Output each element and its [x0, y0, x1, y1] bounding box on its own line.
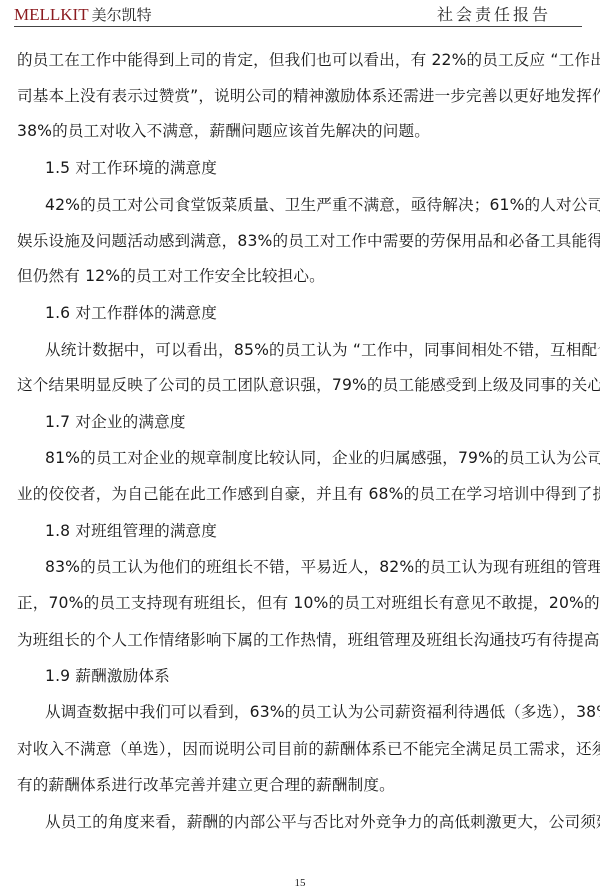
body-line: 司基本上没有表示过赞赏”，说明公司的精神激励体系还需进一步完善以更好地发挥作用，: [17, 86, 581, 106]
body-line: 娱乐设施及问题活动感到满意，83%的员工对工作中需要的劳保用品和必备工具能得到保…: [17, 231, 581, 251]
body-line: 为班组长的个人工作情绪影响下属的工作热情，班组管理及班组长沟通技巧有待提高。: [17, 630, 581, 650]
body-line: 从员工的角度来看，薪酬的内部公平与否比对外竞争力的高低刺激更大，公司须建立积: [45, 812, 581, 832]
brand-name-chinese: 美尔凯特: [92, 8, 152, 24]
section-heading-1-7: 1.7 对企业的满意度: [45, 412, 600, 432]
body-line: 81%的员工对企业的规章制度比较认同，企业的归属感强，79%的员工认为公司是同行: [45, 448, 581, 468]
page-number: 15: [0, 876, 600, 890]
brand-name-english: MELLKIT: [14, 5, 89, 24]
section-heading-1-6: 1.6 对工作群体的满意度: [45, 303, 600, 323]
body-line: 从统计数据中，可以看出，85%的员工认为 “工作中，同事间相处不错，互相配合”，: [45, 340, 581, 360]
section-heading-1-8: 1.8 对班组管理的满意度: [45, 521, 600, 541]
page-header: MELLKIT美尔凯特 社会责任报告: [0, 0, 600, 30]
report-title: 社会责任报告: [437, 5, 551, 25]
section-heading-1-9: 1.9 薪酬激励体系: [45, 666, 600, 686]
body-line: 对收入不满意（单选），因而说明公司目前的薪酬体系已不能完全满足员工需求，还须对现: [17, 739, 581, 759]
brand-logo: MELLKIT美尔凯特: [14, 5, 152, 26]
body-line: 正，70%的员工支持现有班组长，但有 10%的员工对班组长有意见不敢提，20%的…: [17, 593, 581, 613]
body-line: 但仍然有 12%的员工对工作安全比较担心。: [17, 266, 581, 286]
body-line: 的员工在工作中能得到上司的肯定，但我们也可以看出，有 22%的员工反应 “工作出…: [17, 50, 581, 70]
body-line: 42%的员工对公司食堂饭菜质量、卫生严重不满意，亟待解决；61%的人对公司的各种: [45, 195, 581, 215]
body-line: 业的佼佼者，为自己能在此工作感到自豪，并且有 68%的员工在学习培训中得到了提高…: [17, 484, 581, 504]
body-line: 83%的员工认为他们的班组长不错，平易近人，82%的员工认为现有班组的管理比较公: [45, 557, 581, 577]
header-divider: [14, 26, 582, 27]
body-line: 38%的员工对收入不满意，薪酬问题应该首先解决的问题。: [17, 121, 581, 141]
body-line: 有的薪酬体系进行改革完善并建立更合理的薪酬制度。: [17, 775, 581, 795]
body-line: 从调查数据中我们可以看到，63%的员工认为公司薪资福利待遇低（多选），38%的人: [45, 702, 581, 722]
section-heading-1-5: 1.5 对工作环境的满意度: [45, 158, 600, 178]
body-line: 这个结果明显反映了公司的员工团队意识强，79%的员工能感受到上级及同事的关心。: [17, 375, 581, 395]
